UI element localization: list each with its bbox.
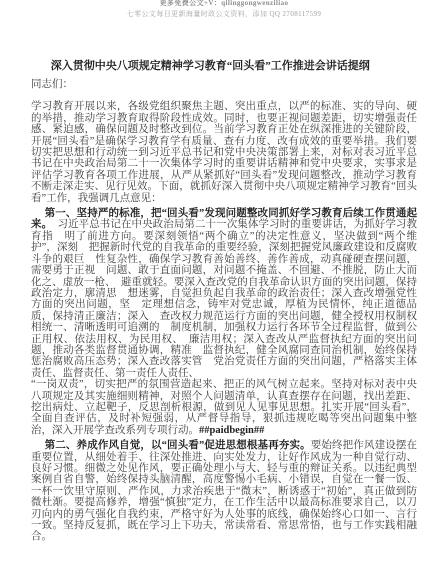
paragraph-text: 要始终把作风建设摆在重要位置，从细处着手、往深处推进、向实处发力，让好作风成为一…: [31, 440, 417, 542]
paragraph: 学习教育开展以来，各级党组织聚焦主题、突出重点，以严的标准、实的导向、硬的举措，…: [31, 101, 417, 204]
paragraph: 同志们：: [31, 79, 417, 90]
paragraph-text: 同志们：: [31, 79, 73, 90]
promo-header-line-2: 七零公文每日更新海量时政公文资料，添加 QQ 2708117599: [31, 10, 417, 18]
paragraph-text: 习近平总书记在中央政治局第二十一次集体学习时的重要讲话，为抓好学习教育指 明了前…: [31, 219, 417, 435]
document-body: 同志们：学习教育开展以来，各级党组织聚焦主题、突出重点，以严的标准、实的导向、硬…: [31, 79, 417, 543]
paid-marker: ##paidbegin##: [199, 425, 264, 436]
paragraph: 第一、坚持严的标准，把“回头看”发现问题整改同抓好学习教育后续工作贯通起来。 习…: [31, 208, 417, 436]
paragraph-lead: 第二、养成作风自觉，以“回头看”促进思想根基再夯实。: [45, 440, 311, 451]
document-title: 深入贯彻中央八项规定精神学习教育“回头看”工作推进会讲话提纲: [31, 60, 417, 73]
promo-header: 更多免费公文+V：qilinggongwenziliao 七零公文每日更新海量时…: [31, 0, 417, 18]
paragraph: 第二、养成作风自觉，以“回头看”促进思想根基再夯实。要始终把作风建设摆在重要位置…: [31, 440, 417, 543]
document-page: 更多免费公文+V：qilinggongwenziliao 七零公文每日更新海量时…: [0, 0, 448, 579]
promo-header-line-1: 更多免费公文+V：qilinggongwenziliao: [31, 0, 417, 7]
paragraph-text: 学习教育开展以来，各级党组织聚焦主题、突出重点，以严的标准、实的导向、硬的举措，…: [31, 101, 417, 203]
